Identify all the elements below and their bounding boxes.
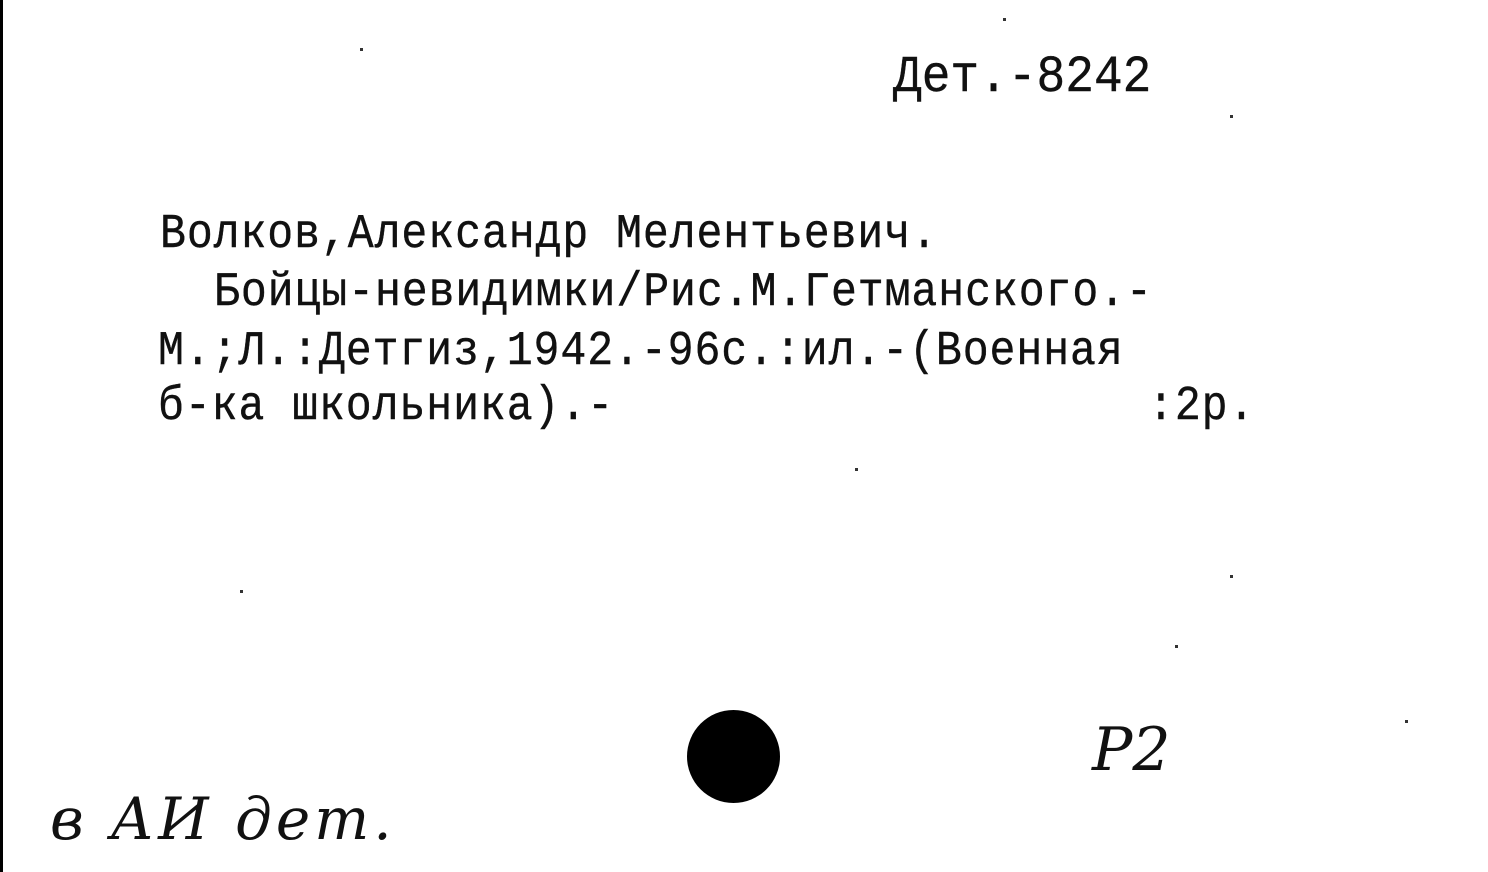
- scan-speck: [1405, 720, 1408, 723]
- scan-speck: [240, 590, 243, 593]
- card-edge: [0, 0, 3, 872]
- imprint-statement: М.;Л.:Детгиз,1942.-96с.:ил.-(Военная: [158, 325, 1124, 379]
- series-statement: б-ка школьника).-: [158, 380, 614, 434]
- handwritten-note-left: в АИ дет.: [50, 785, 396, 853]
- scan-speck: [1003, 18, 1006, 21]
- handwritten-note-right: Р2: [1092, 715, 1171, 785]
- scan-speck: [1175, 645, 1178, 648]
- catalog-card: Дет.-8242 Волков,Александр Мелентьевич. …: [0, 0, 1488, 872]
- price: :2р.: [1148, 380, 1255, 434]
- shelfmark: Дет.-8242: [893, 48, 1151, 107]
- punch-hole: [687, 710, 780, 803]
- scan-speck: [1230, 115, 1233, 118]
- scan-speck: [360, 48, 363, 51]
- author-heading: Волков,Александр Мелентьевич.: [160, 208, 938, 262]
- scan-speck: [855, 468, 858, 471]
- scan-speck: [1230, 575, 1233, 578]
- title-statement: Бойцы-невидимки/Рис.М.Гетманского.-: [214, 266, 1153, 320]
